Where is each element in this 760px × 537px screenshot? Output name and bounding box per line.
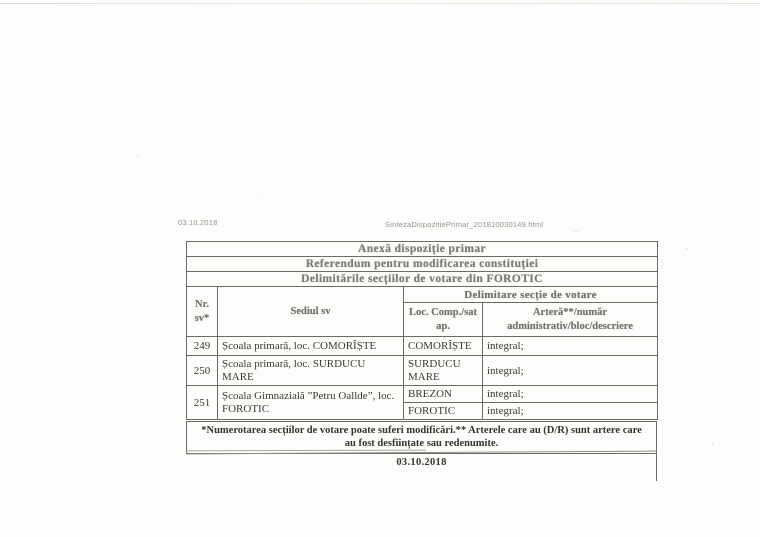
table-title-row-delimitari: Delimitările secțiilor de votare din FOR…: [187, 272, 658, 287]
scan-speck: [137, 156, 139, 157]
table-row-249: 249 Școala primară, loc. COMORÎȘTE COMOR…: [187, 337, 658, 356]
cell-loc: FOROTIC: [404, 403, 483, 420]
col-header-sediul-sv: Sediul sv: [218, 287, 404, 337]
table-title-row-anexa: Anexă dispoziție primar: [187, 242, 658, 257]
title-anexa-dispozitie: Anexă dispoziție primar: [187, 242, 658, 257]
col-header-delimitare-group: Delimitare secție de votare: [404, 287, 658, 303]
voting-sections-table: Anexă dispoziție primar Referendum pentr…: [186, 241, 658, 420]
cell-artera: integral;: [483, 356, 658, 386]
scan-artifact-top-line: [0, 3, 760, 4]
footer-date: 03.10.2018: [186, 457, 657, 468]
table-title-row-referendum: Referendum pentru modificarea constituți…: [187, 257, 658, 272]
cell-sediul: Școala primară, loc. SURDUCU MARE: [218, 356, 404, 386]
cell-nr: 251: [187, 386, 218, 420]
cell-artera: integral;: [483, 403, 658, 420]
cell-sediul: Școala Gimnazială ”Petru Oallde”, loc. F…: [218, 386, 404, 420]
cell-loc: BREZON: [404, 386, 483, 403]
cell-loc: SURDUCU MARE: [404, 356, 483, 386]
col-header-nr-sv: Nr. sv*: [187, 287, 218, 337]
scan-speck: [413, 184, 414, 185]
col-header-loc-comp: Loc. Comp./sat ap.: [404, 303, 483, 337]
scan-speck: [574, 231, 578, 232]
cell-nr: 250: [187, 356, 218, 386]
cell-artera: integral;: [483, 386, 658, 403]
col-header-artera: Arteră**/număr administrativ/bloc/descri…: [483, 303, 658, 337]
cell-loc: COMORÎȘTE: [404, 337, 483, 356]
scan-speck: [712, 443, 714, 445]
print-header-filename: SintezaDispozitiePrimar_201810030149.htm…: [385, 220, 543, 229]
scan-speck: [259, 196, 261, 197]
table-row-250: 250 Școala primară, loc. SURDUCU MARE SU…: [187, 356, 658, 386]
scan-speck: [686, 248, 688, 249]
title-delimitarile-sectiilor: Delimitările secțiilor de votare din FOR…: [187, 272, 658, 287]
cell-nr: 249: [187, 337, 218, 356]
footnote-text-line2: au fost desființate sau redenumite.: [345, 438, 499, 449]
cell-sediul: Școala primară, loc. COMORÎȘTE: [218, 337, 404, 356]
table-header-group-row: Nr. sv* Sediul sv Delimitare secție de v…: [187, 287, 658, 303]
print-header-date: 03.10.2018: [178, 218, 218, 227]
footnote-text-line1: *Numerotarea secțiilor de votare poate s…: [201, 425, 641, 436]
title-referendum: Referendum pentru modificarea constituți…: [187, 257, 658, 272]
cell-artera: integral;: [483, 337, 658, 356]
table-row-251: 251 Școala Gimnazială ”Petru Oallde”, lo…: [187, 386, 658, 403]
